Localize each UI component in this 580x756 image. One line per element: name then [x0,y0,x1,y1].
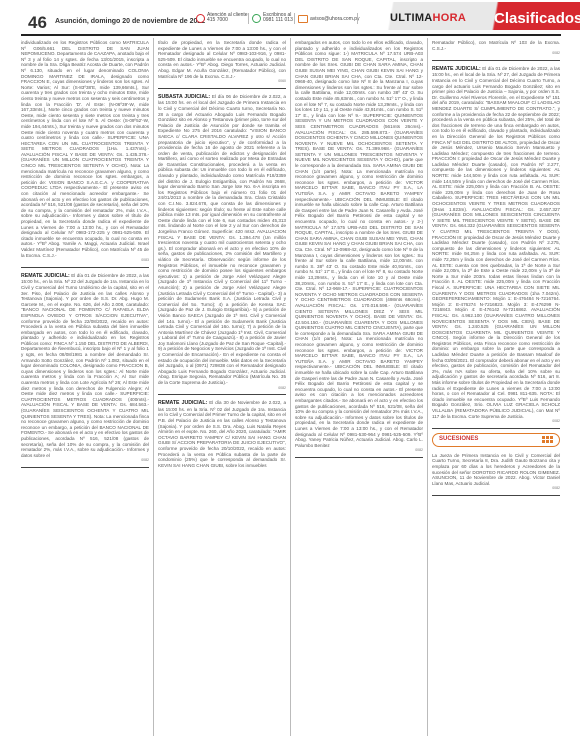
whatsapp-contact: Escribinos al0981 111 013 [252,13,293,23]
customer-service-contact: Atención al cliente:415 7000 [196,13,249,23]
column-1: individualizado en los Registros Público… [21,38,149,738]
notice: SUBASTA JUDICIAL: El día 06 de Diciembre… [158,92,286,395]
notice: título de propiedad, en la Secretaría do… [158,38,286,89]
notice: Rematador Público), con Matrícula Nº 103… [432,38,560,61]
email-contact: avisos@uhora.com.py [298,15,360,23]
phone-icon [196,14,205,23]
notice: embargados en autos, con todo lo en ello… [295,38,423,458]
notice: REMATE JUDICIAL: El día 01 de Diciembre … [21,271,149,468]
notice: REMATE JUDICIAL: El día 30 de Noviembre … [158,398,286,471]
column-3: embargados en autos, con todo lo en ello… [295,38,423,738]
column-4: Rematador Público), con Matrícula Nº 103… [432,38,560,738]
brand-logo: ULTIMAHORA [390,12,466,24]
notice: individualizado en los Registros Público… [21,38,149,268]
notice: REMATE JUDICIAL: El día 01 de Diciembre … [432,64,560,429]
notice: La Jueza de Primera Instancia en lo Civi… [432,451,560,496]
family-tree-icon [542,436,553,443]
page-header: 46 Asunción, domingo 20 de noviembre de … [0,0,580,32]
page-number: 46 [28,13,47,33]
whatsapp-icon [252,14,261,23]
sucesiones-banner: SUCESIONES [432,433,560,447]
issue-date: Asunción, domingo 20 de noviembre de 202… [55,18,205,25]
top-rule [21,34,561,36]
mail-icon [298,15,308,23]
classifieds-page: individualizado en los Registros Público… [21,34,561,742]
section-title: Clasificados [494,10,580,27]
column-2: título de propiedad, en la Secretaría do… [158,38,286,738]
